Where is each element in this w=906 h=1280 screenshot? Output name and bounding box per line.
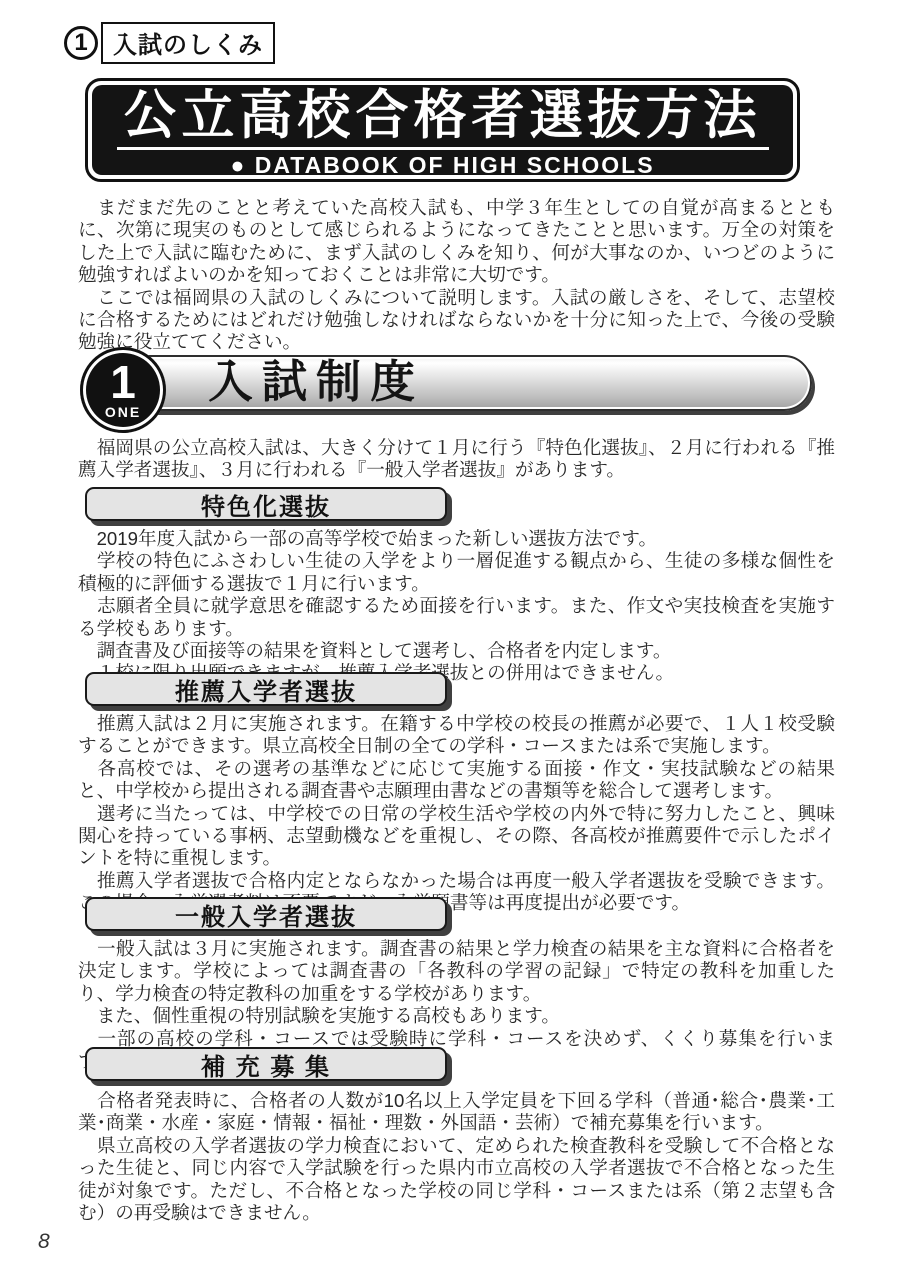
subsection-heading-label: 特色化選抜: [201, 487, 331, 522]
paragraph: 選考に当たっては、中学校での日常の学校生活や学校の内外で特に努力したこと、興味関…: [78, 803, 835, 870]
paragraph: 一般入試は３月に実施されます。調査書の結果と学力検査の結果を主な資料に合格者を決…: [78, 938, 835, 1005]
main-title-banner: 公立高校合格者選抜方法 ● DATABOOK OF HIGH SCHOOLS: [85, 78, 800, 182]
subsection-heading-label: 一般入学者選抜: [175, 897, 357, 932]
circled-number-icon: 1: [64, 26, 98, 60]
paragraph: 志願者全員に就学意思を確認するため面接を行います。また、作文や実技検査を実施する…: [78, 595, 835, 640]
paragraph: 合格者発表時に、合格者の人数が10名以上入学定員を下回る学科（普通･総合･農業･…: [78, 1090, 835, 1135]
main-title: 公立高校合格者選抜方法: [124, 86, 762, 146]
paragraph: 2019年度入試から一部の高等学校で始まった新しい選抜方法です。: [78, 528, 835, 550]
section-header: 1 ONE 入試制度: [80, 347, 812, 435]
subsection-heading-tokushokuka: 特色化選抜: [85, 487, 447, 521]
subsection-heading-label: 補 充 募 集: [201, 1047, 331, 1082]
banner-divider: [117, 147, 769, 150]
main-title-banner-inner: 公立高校合格者選抜方法 ● DATABOOK OF HIGH SCHOOLS: [92, 85, 793, 175]
page-header-title: 入試のしくみ: [101, 22, 275, 64]
page-number: 8: [38, 1230, 50, 1254]
document-page: 1 入試のしくみ 公立高校合格者選抜方法 ● DATABOOK OF HIGH …: [0, 0, 906, 1280]
section-lead: 福岡県の公立高校入試は、大きく分けて１月に行う『特色化選抜』、２月に行われる『推…: [78, 437, 835, 482]
intro-paragraph: ここでは福岡県の入試のしくみについて説明します。入試の厳しさを、そして、志望校に…: [78, 287, 835, 354]
paragraph: 推薦入試は２月に実施されます。在籍する中学校の校長の推薦が必要で、１人１校受験す…: [78, 713, 835, 758]
section-number: 1: [110, 360, 136, 404]
paragraph: また、個性重視の特別試験を実施する高校もあります。: [78, 1005, 835, 1027]
paragraph: 県立高校の入学者選抜の学力検査において、定められた検査教科を受験して不合格となっ…: [78, 1135, 835, 1225]
paragraph: 各高校では、その選考の基準などに応じて実施する面接・作文・実技試験などの結果と、…: [78, 758, 835, 803]
lead-paragraph: 福岡県の公立高校入試は、大きく分けて１月に行う『特色化選抜』、２月に行われる『推…: [78, 437, 835, 482]
subsection-heading-label: 推薦入学者選抜: [175, 672, 357, 707]
subsection-text-hojuu: 合格者発表時に、合格者の人数が10名以上入学定員を下回る学科（普通･総合･農業･…: [78, 1090, 835, 1224]
intro-text: まだまだ先のことと考えていた高校入試も、中学３年生としての自覚が高まるとともに、…: [78, 197, 835, 354]
paragraph: 学校の特色にふさわしい生徒の入学をより一層促進する観点から、生徒の多様な個性を積…: [78, 550, 835, 595]
subsection-heading-suisen: 推薦入学者選抜: [85, 672, 447, 706]
subsection-heading-hojuu: 補 充 募 集: [85, 1047, 447, 1081]
subsection-text-suisen: 推薦入試は２月に実施されます。在籍する中学校の校長の推薦が必要で、１人１校受験す…: [78, 713, 835, 915]
paragraph: 調査書及び面接等の結果を資料として選考し、合格者を内定します。: [78, 640, 835, 662]
subsection-heading-ippan: 一般入学者選抜: [85, 897, 447, 931]
banner-subtitle: ● DATABOOK OF HIGH SCHOOLS: [230, 151, 654, 179]
section-number-word: ONE: [105, 404, 141, 420]
subsection-text-tokushokuka: 2019年度入試から一部の高等学校で始まった新しい選抜方法です。 学校の特色にふ…: [78, 528, 835, 685]
page-header-label: 1 入試のしくみ: [64, 22, 275, 64]
section-number-badge: 1 ONE: [80, 347, 166, 433]
section-title: 入試制度: [208, 355, 424, 411]
intro-paragraph: まだまだ先のことと考えていた高校入試も、中学３年生としての自覚が高まるとともに、…: [78, 197, 835, 287]
